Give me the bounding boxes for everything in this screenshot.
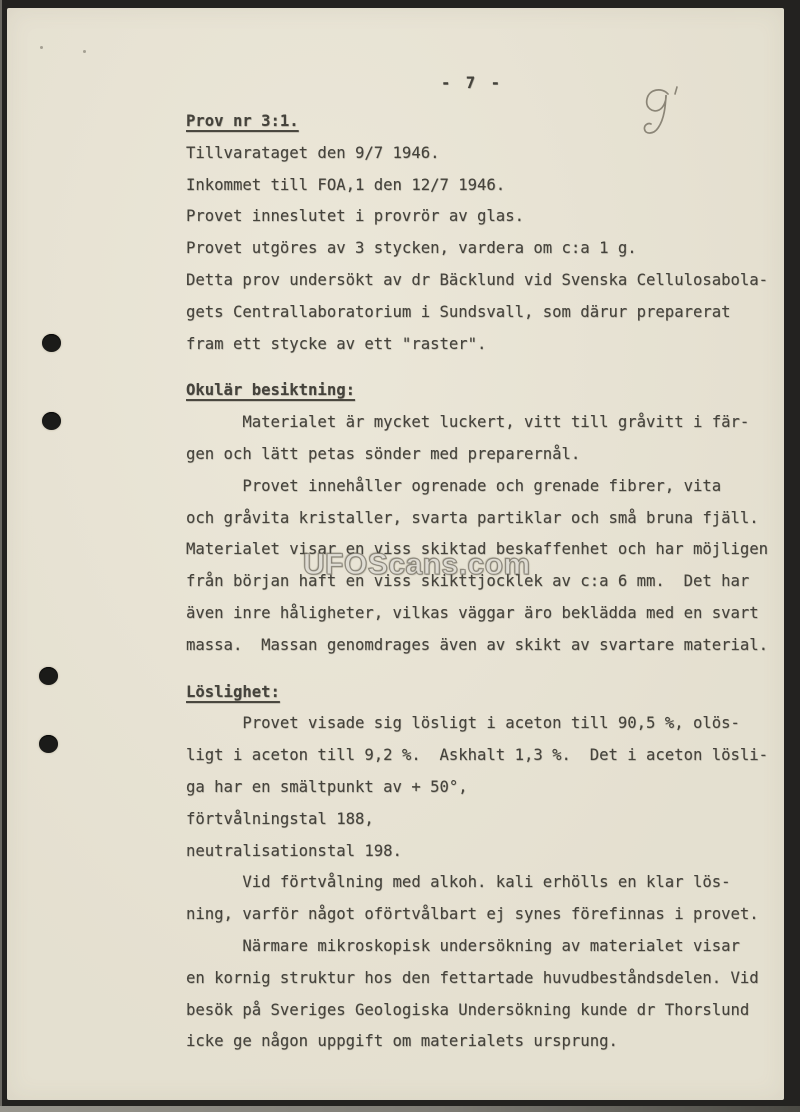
section-heading-okular: Okulär besiktning: (186, 375, 786, 407)
text-line: Materialet är mycket luckert, vitt till … (186, 407, 786, 439)
text-line: Vid förtvålning med alkoh. kali erhölls … (186, 867, 786, 899)
text-line: ning, varför något oförtvålbart ej synes… (186, 899, 786, 931)
punch-hole (42, 334, 61, 352)
scanned-page: - 7 - Prov nr 3:1. Tillvarataget den 9/7… (0, 0, 800, 1112)
text-line: Materialet visar en viss skiktad beskaff… (186, 534, 786, 566)
text-line: förtvålningstal 188, (186, 804, 786, 836)
text-line: gets Centrallaboratorium i Sundsvall, so… (186, 297, 786, 329)
text-line: Inkommet till FOA,1 den 12/7 1946. (186, 170, 786, 202)
dust-speck (40, 46, 43, 49)
text-line: icke ge någon uppgift om materialets urs… (186, 1026, 786, 1058)
text-line: fram ett stycke av ett "raster". (186, 329, 786, 361)
text-line: massa. Massan genomdrages även av skikt … (186, 630, 786, 662)
text-line: och gråvita kristaller, svarta partiklar… (186, 503, 786, 535)
paper-sheet: - 7 - Prov nr 3:1. Tillvarataget den 9/7… (7, 8, 784, 1100)
text-line: gen och lätt petas sönder med preparernå… (186, 439, 786, 471)
text-line: neutralisationstal 198. (186, 836, 786, 868)
text-line: en kornig struktur hos den fettartade hu… (186, 963, 786, 995)
text-line: Tillvarataget den 9/7 1946. (186, 138, 786, 170)
text-line: Provet utgöres av 3 stycken, vardera om … (186, 233, 786, 265)
section-heading-loslighet: Löslighet: (186, 677, 786, 709)
typewritten-text: Prov nr 3:1. Tillvarataget den 9/7 1946.… (186, 106, 786, 1058)
scan-edge-left (0, 0, 2, 1112)
text-line: ga har en smältpunkt av + 50°, (186, 772, 786, 804)
punch-hole (39, 735, 58, 753)
text-line: Provet inneslutet i provrör av glas. (186, 201, 786, 233)
text-line: Närmare mikroskopisk undersökning av mat… (186, 931, 786, 963)
text-line: även inre håligheter, vilkas väggar äro … (186, 598, 786, 630)
punch-hole (42, 412, 61, 430)
text-line: ligt i aceton till 9,2 %. Askhalt 1,3 %.… (186, 740, 786, 772)
text-line: besök på Sveriges Geologiska Undersöknin… (186, 995, 786, 1027)
section-heading-prov: Prov nr 3:1. (186, 106, 786, 138)
text-line: från början haft en viss skikttjocklek a… (186, 566, 786, 598)
dust-speck (83, 50, 86, 53)
punch-hole (39, 667, 58, 685)
text-line: Provet visade sig lösligt i aceton till … (186, 708, 786, 740)
text-line: Detta prov undersökt av dr Bäcklund vid … (186, 265, 786, 297)
scan-edge-bottom (0, 1106, 800, 1112)
text-line: Provet innehåller ogrenade och grenade f… (186, 471, 786, 503)
